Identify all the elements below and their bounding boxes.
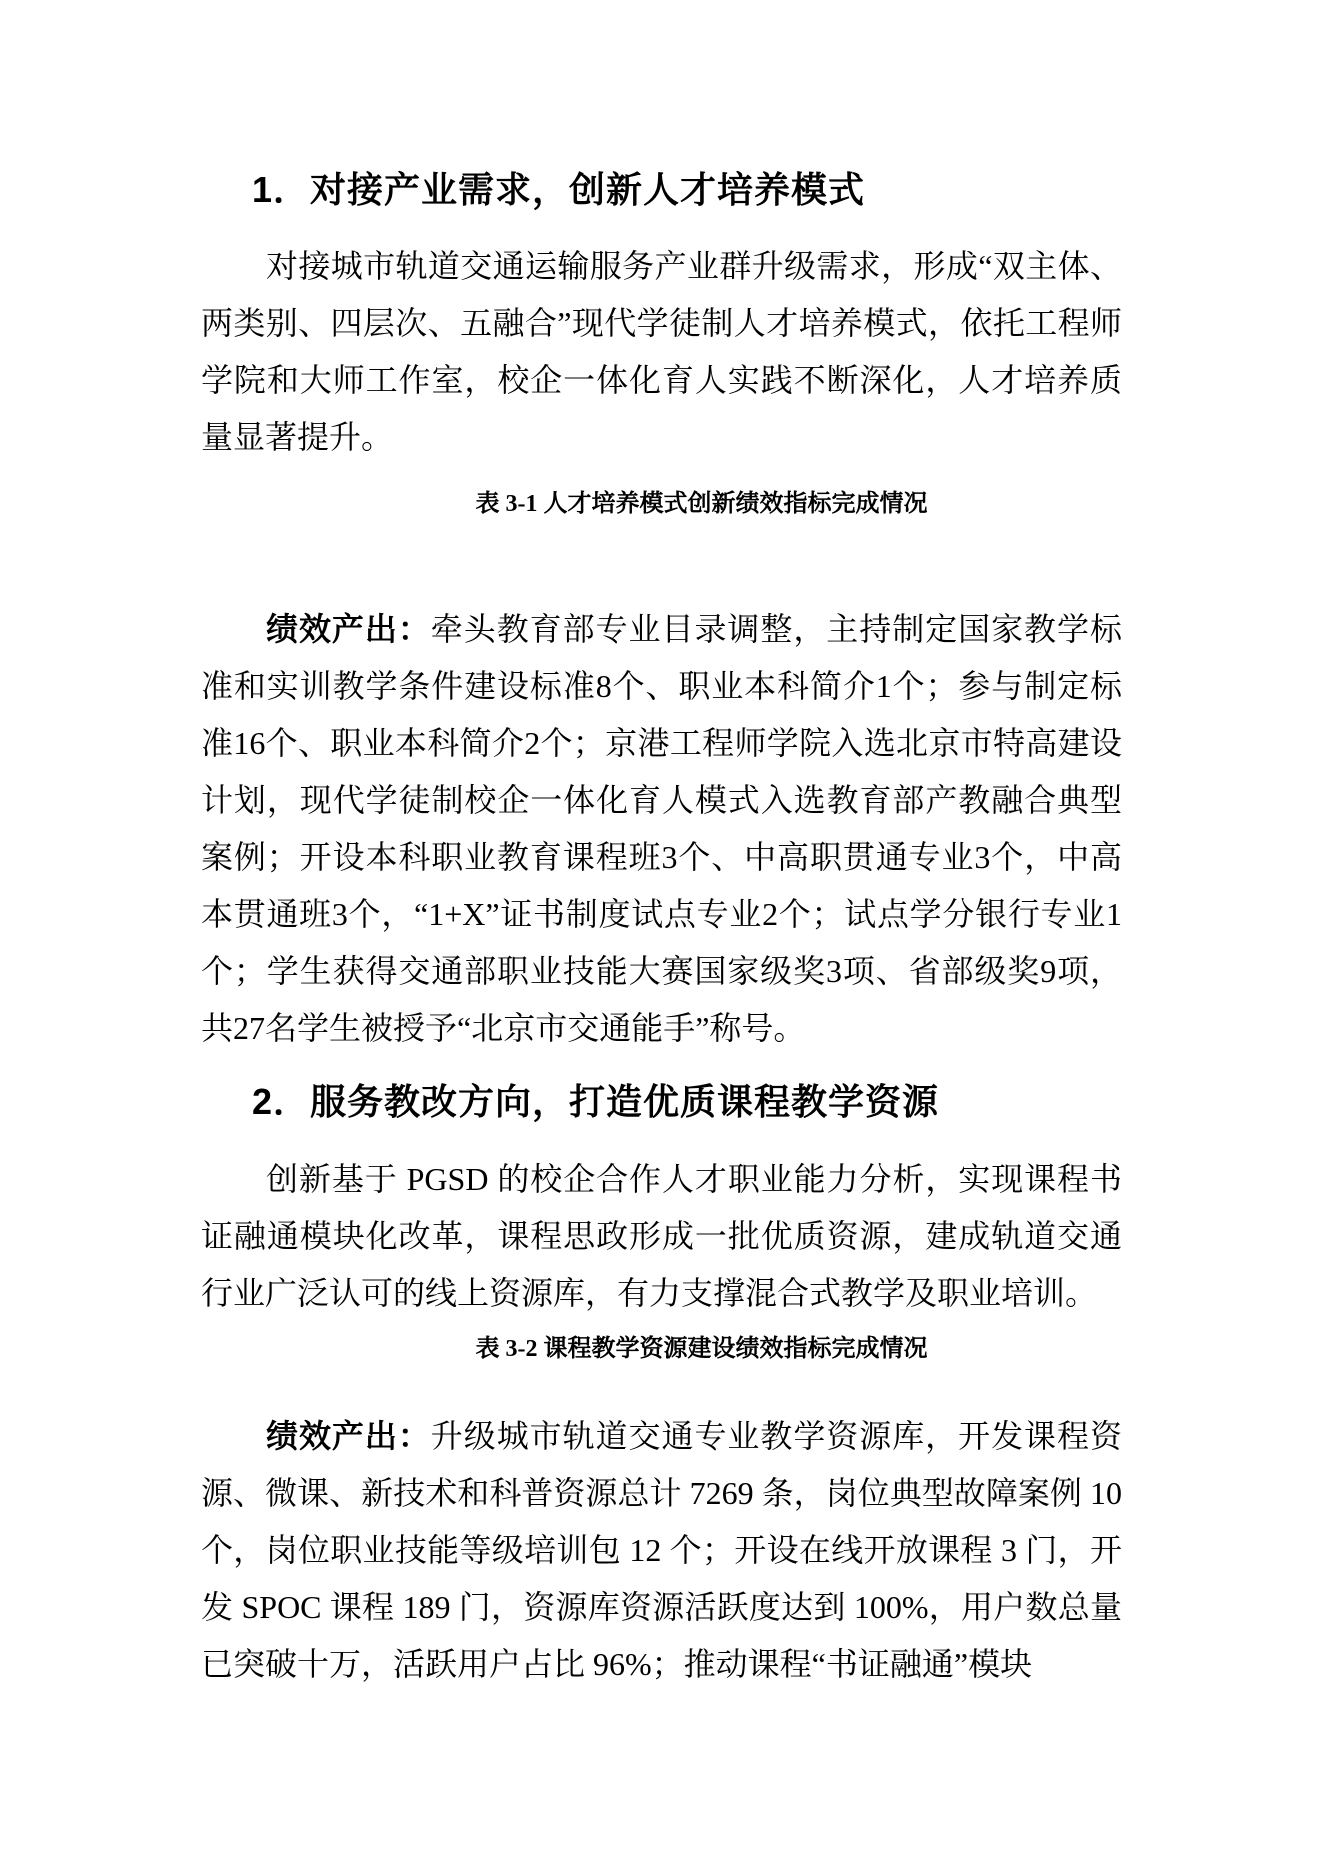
- paragraph-performance-output-1: 绩效产出：牵头教育部专业目录调整，主持制定国家教学标准和实训教学条件建设标准8个…: [201, 601, 1122, 1057]
- section-heading-2: 2．服务教改方向，打造优质课程教学资源: [201, 1080, 1173, 1124]
- section-heading-1: 1．对接产业需求，创新人才培养模式: [201, 168, 1173, 212]
- performance-output-label-1: 绩效产出：: [266, 611, 431, 647]
- document-page: 1．对接产业需求，创新人才培养模式 对接城市轨道交通运输服务产业群升级需求，形成…: [0, 0, 1323, 1871]
- paragraph-course-resources-overview: 创新基于 PGSD 的校企合作人才职业能力分析，实现课程书证融通模块化改革，课程…: [201, 1151, 1122, 1322]
- paragraph-performance-output-2: 绩效产出：升级城市轨道交通专业教学资源库，开发课程资源、微课、新技术和科普资源总…: [201, 1408, 1122, 1693]
- paragraph-talent-training-overview: 对接城市轨道交通运输服务产业群升级需求，形成“双主体、两类别、四层次、五融合”现…: [201, 238, 1122, 466]
- performance-output-label-2: 绩效产出：: [266, 1418, 431, 1454]
- performance-output-text-2: 升级城市轨道交通专业教学资源库，开发课程资源、微课、新技术和科普资源总计 726…: [201, 1418, 1122, 1682]
- table-caption-3-1: 表 3-1 人才培养模式创新绩效指标完成情况: [201, 489, 1162, 519]
- performance-output-text-1: 牵头教育部专业目录调整，主持制定国家教学标准和实训教学条件建设标准8个、职业本科…: [201, 611, 1122, 1046]
- table-caption-3-2: 表 3-2 课程教学资源建设绩效指标完成情况: [201, 1334, 1162, 1364]
